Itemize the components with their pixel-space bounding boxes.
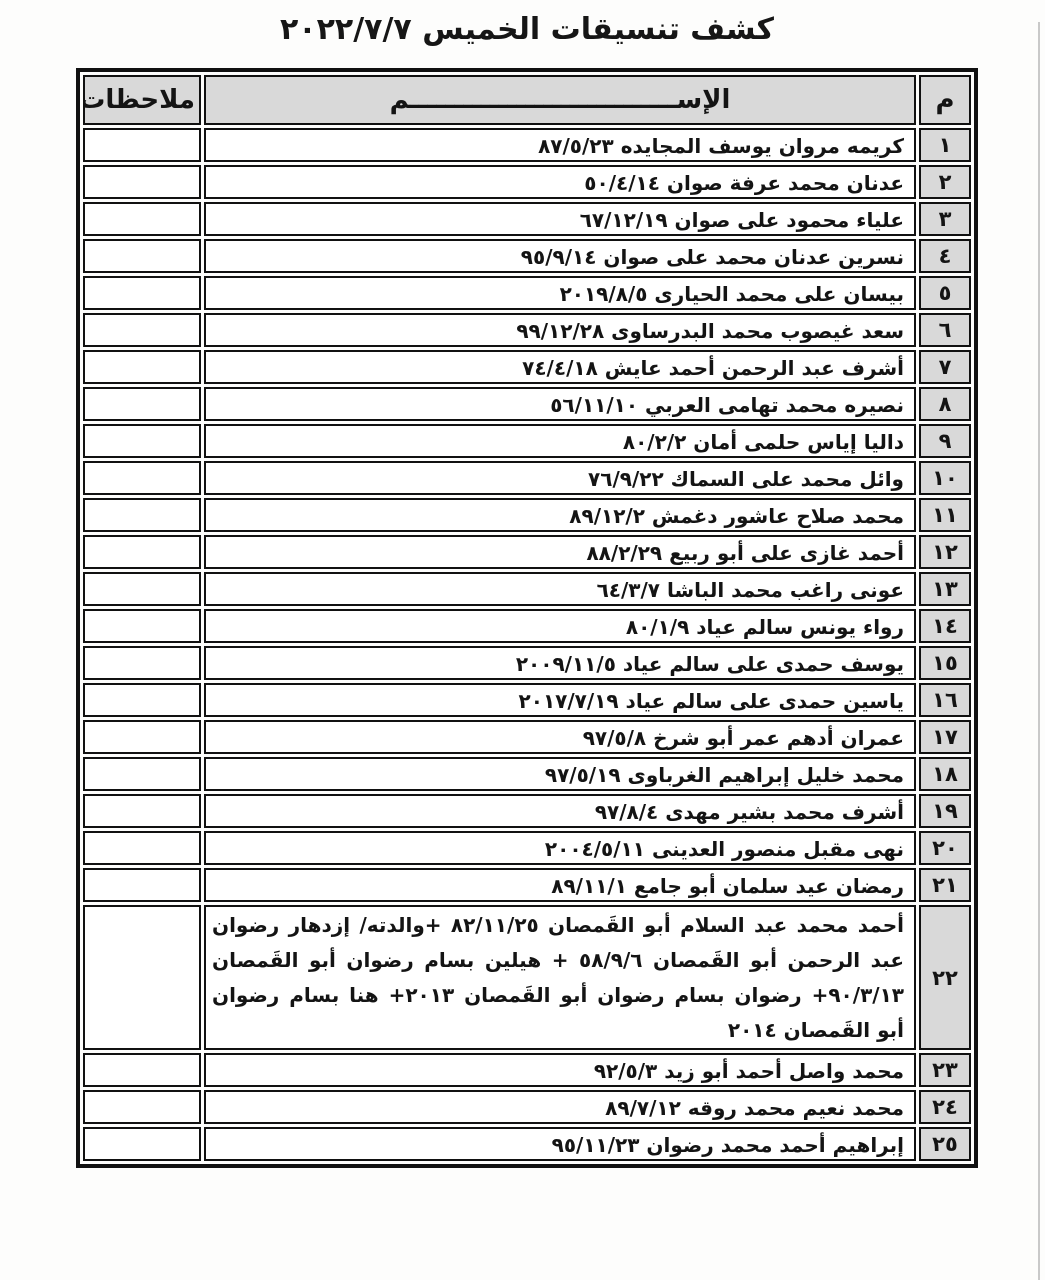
row-notes <box>83 720 201 754</box>
row-name: داليا إياس حلمى أمان ٨٠/٢/٢ <box>204 424 916 458</box>
row-serial: ١٧ <box>919 720 971 754</box>
table-row: ٢ عدنان محمد عرفة صوان ٥٠/٤/١٤ <box>83 165 971 199</box>
row-serial: ٧ <box>919 350 971 384</box>
row-name: سعد غيصوب محمد البدرساوى ٩٩/١٢/٢٨ <box>204 313 916 347</box>
table-row: ١٧ عمران أدهم عمر أبو شرخ ٩٧/٥/٨ <box>83 720 971 754</box>
table-row: ١٢ أحمد غازى على أبو ربيع ٨٨/٢/٢٩ <box>83 535 971 569</box>
table-row: ٢٠ نهى مقبل منصور العدينى ٢٠٠٤/٥/١١ <box>83 831 971 865</box>
table-row: ٤ نسرين عدنان محمد على صوان ٩٥/٩/١٤ <box>83 239 971 273</box>
row-notes <box>83 1127 201 1161</box>
row-serial: ٢٢ <box>919 905 971 1050</box>
header-serial: م <box>919 75 971 125</box>
row-name: نهى مقبل منصور العدينى ٢٠٠٤/٥/١١ <box>204 831 916 865</box>
table-row: ٨ نصيره محمد تهامى العربي ٥٦/١١/١٠ <box>83 387 971 421</box>
table-row: ٣ علياء محمود على صوان ٦٧/١٢/١٩ <box>83 202 971 236</box>
table-row: ٧ أشرف عبد الرحمن أحمد عايش ٧٤/٤/١٨ <box>83 350 971 384</box>
row-name: عونى راغب محمد الباشا ٦٤/٣/٧ <box>204 572 916 606</box>
scan-edge-line <box>1038 22 1040 1280</box>
row-serial: ١١ <box>919 498 971 532</box>
header-row: م الإســــــــــــــــــــــــــــــم مل… <box>83 75 971 125</box>
row-notes <box>83 461 201 495</box>
row-serial: ١٥ <box>919 646 971 680</box>
row-name: يوسف حمدى على سالم عياد ٢٠٠٩/١١/٥ <box>204 646 916 680</box>
row-notes <box>83 1090 201 1124</box>
row-notes <box>83 646 201 680</box>
row-notes <box>83 239 201 273</box>
row-notes <box>83 609 201 643</box>
table-row: ٢١ رمضان عيد سلمان أبو جامع ٨٩/١١/١ <box>83 868 971 902</box>
document-page: كشف تنسيقات الخميس ٢٠٢٢/٧/٧ م الإســــــ… <box>0 0 1045 1280</box>
row-name: أشرف محمد بشير مهدى ٩٧/٨/٤ <box>204 794 916 828</box>
row-notes <box>83 350 201 384</box>
table-row: ٢٥ إبراهيم أحمد محمد رضوان ٩٥/١١/٢٣ <box>83 1127 971 1161</box>
page-title: كشف تنسيقات الخميس ٢٠٢٢/٧/٧ <box>76 12 978 47</box>
row-notes <box>83 498 201 532</box>
table-row-multiline: ٢٢ أحمد محمد عبد السلام أبو القَمصان ٨٢/… <box>83 905 971 1050</box>
table-row: ١٦ ياسين حمدى على سالم عياد ٢٠١٧/٧/١٩ <box>83 683 971 717</box>
row-serial: ٢٣ <box>919 1053 971 1087</box>
row-serial: ٢١ <box>919 868 971 902</box>
row-name: أحمد غازى على أبو ربيع ٨٨/٢/٢٩ <box>204 535 916 569</box>
row-notes <box>83 868 201 902</box>
row-serial: ١ <box>919 128 971 162</box>
row-name: علياء محمود على صوان ٦٧/١٢/١٩ <box>204 202 916 236</box>
row-notes <box>83 757 201 791</box>
table-row: ٦ سعد غيصوب محمد البدرساوى ٩٩/١٢/٢٨ <box>83 313 971 347</box>
row-name: نسرين عدنان محمد على صوان ٩٥/٩/١٤ <box>204 239 916 273</box>
row-name: وائل محمد على السماك ٧٦/٩/٢٢ <box>204 461 916 495</box>
row-notes <box>83 683 201 717</box>
table-row: ١١ محمد صلاح عاشور دغمش ٨٩/١٢/٢ <box>83 498 971 532</box>
row-serial: ٥ <box>919 276 971 310</box>
row-name: رواء يونس سالم عياد ٨٠/١/٩ <box>204 609 916 643</box>
row-name: بيسان على محمد الحيارى ٢٠١٩/٨/٥ <box>204 276 916 310</box>
table-row: ١٤ رواء يونس سالم عياد ٨٠/١/٩ <box>83 609 971 643</box>
row-notes <box>83 387 201 421</box>
row-name: رمضان عيد سلمان أبو جامع ٨٩/١١/١ <box>204 868 916 902</box>
header-name: الإســــــــــــــــــــــــــــــم <box>204 75 916 125</box>
row-serial: ٢٠ <box>919 831 971 865</box>
row-serial: ١٢ <box>919 535 971 569</box>
row-notes <box>83 424 201 458</box>
row-name: عدنان محمد عرفة صوان ٥٠/٤/١٤ <box>204 165 916 199</box>
row-serial: ١٨ <box>919 757 971 791</box>
row-notes <box>83 572 201 606</box>
row-name: محمد صلاح عاشور دغمش ٨٩/١٢/٢ <box>204 498 916 532</box>
row-notes <box>83 831 201 865</box>
row-serial: ٢٥ <box>919 1127 971 1161</box>
row-notes <box>83 1053 201 1087</box>
row-notes <box>83 165 201 199</box>
table-row: ١٨ محمد خليل إبراهيم الغرباوى ٩٧/٥/١٩ <box>83 757 971 791</box>
table-row: ١٣ عونى راغب محمد الباشا ٦٤/٣/٧ <box>83 572 971 606</box>
row-serial: ٢٤ <box>919 1090 971 1124</box>
row-notes <box>83 794 201 828</box>
row-notes <box>83 202 201 236</box>
row-notes <box>83 905 201 1050</box>
row-serial: ٦ <box>919 313 971 347</box>
row-serial: ١٩ <box>919 794 971 828</box>
row-serial: ١٠ <box>919 461 971 495</box>
row-notes <box>83 128 201 162</box>
table-row: ١٠ وائل محمد على السماك ٧٦/٩/٢٢ <box>83 461 971 495</box>
row-name: أحمد محمد عبد السلام أبو القَمصان ٨٢/١١/… <box>204 905 916 1050</box>
header-notes: ملاحظات <box>83 75 201 125</box>
row-serial: ٤ <box>919 239 971 273</box>
table-row: ٢٤ محمد نعيم محمد روقه ٨٩/٧/١٢ <box>83 1090 971 1124</box>
row-name: أشرف عبد الرحمن أحمد عايش ٧٤/٤/١٨ <box>204 350 916 384</box>
row-name: نصيره محمد تهامى العربي ٥٦/١١/١٠ <box>204 387 916 421</box>
row-name: كريمه مروان يوسف المجايده ٨٧/٥/٢٣ <box>204 128 916 162</box>
table-row: ١٥ يوسف حمدى على سالم عياد ٢٠٠٩/١١/٥ <box>83 646 971 680</box>
row-notes <box>83 276 201 310</box>
table-row: ٩ داليا إياس حلمى أمان ٨٠/٢/٢ <box>83 424 971 458</box>
row-serial: ١٦ <box>919 683 971 717</box>
table-row: ٥ بيسان على محمد الحيارى ٢٠١٩/٨/٥ <box>83 276 971 310</box>
row-name: محمد نعيم محمد روقه ٨٩/٧/١٢ <box>204 1090 916 1124</box>
row-serial: ١٣ <box>919 572 971 606</box>
row-serial: ٢ <box>919 165 971 199</box>
row-serial: ٣ <box>919 202 971 236</box>
row-notes <box>83 313 201 347</box>
roster-table: م الإســــــــــــــــــــــــــــــم مل… <box>76 68 978 1168</box>
row-name: محمد خليل إبراهيم الغرباوى ٩٧/٥/١٩ <box>204 757 916 791</box>
row-notes <box>83 535 201 569</box>
row-serial: ٩ <box>919 424 971 458</box>
table-row: ١ كريمه مروان يوسف المجايده ٨٧/٥/٢٣ <box>83 128 971 162</box>
row-serial: ١٤ <box>919 609 971 643</box>
table-row: ١٩ أشرف محمد بشير مهدى ٩٧/٨/٤ <box>83 794 971 828</box>
row-name: إبراهيم أحمد محمد رضوان ٩٥/١١/٢٣ <box>204 1127 916 1161</box>
row-name: محمد واصل أحمد أبو زيد ٩٢/٥/٣ <box>204 1053 916 1087</box>
table-row: ٢٣ محمد واصل أحمد أبو زيد ٩٢/٥/٣ <box>83 1053 971 1087</box>
row-name: ياسين حمدى على سالم عياد ٢٠١٧/٧/١٩ <box>204 683 916 717</box>
row-serial: ٨ <box>919 387 971 421</box>
row-name: عمران أدهم عمر أبو شرخ ٩٧/٥/٨ <box>204 720 916 754</box>
